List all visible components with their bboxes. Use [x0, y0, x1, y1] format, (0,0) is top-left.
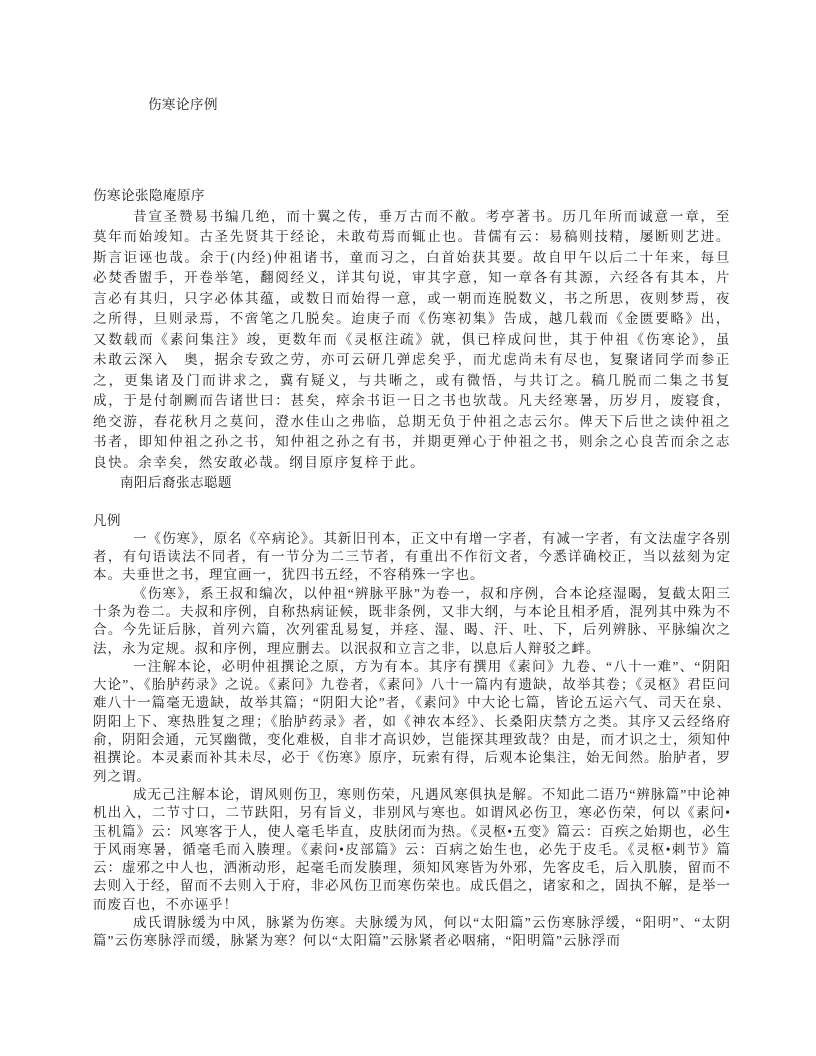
fanli-heading: 凡例: [93, 512, 731, 530]
preface-paragraph: 昔宣圣赞易书编几绝，而十翼之传，垂万古而不敝。考亭著书。历几年所而诚意一章，至莫…: [93, 207, 731, 474]
preface-section: 伤寒论张隐庵原序 昔宣圣赞易书编几绝，而十翼之传，垂万古而不敝。考亭著书。历几年…: [93, 186, 731, 494]
preface-heading: 伤寒论张隐庵原序: [93, 186, 731, 207]
document-page: 伤寒论序例 伤寒论张隐庵原序 昔宣圣赞易书编几绝，而十翼之传，垂万古而不敝。考亭…: [0, 0, 816, 1056]
fanli-item: 成氏谓脉缓为中风，脉紧为伤寒。夫脉缓为风，何以“太阳篇”云伤寒脉浮缓，“阳明”、…: [93, 914, 731, 951]
fanli-section: 凡例 一《伤寒》，原名《卒病论》。其新旧刊本，正文中有增一字者，有减一字者，有文…: [93, 512, 731, 951]
fanli-item: 成无己注解本论，谓风则伤卫，寒则伤荣，凡遇风寒俱执是解。不知此二语乃“辨脉篇”中…: [93, 786, 731, 914]
document-header-title: 伤寒论序例: [93, 97, 731, 113]
fanli-item: 一《伤寒》，原名《卒病论》。其新旧刊本，正文中有增一字者，有减一字者，有文法虚字…: [93, 530, 731, 585]
text-column: 伤寒论序例 伤寒论张隐庵原序 昔宣圣赞易书编几绝，而十翼之传，垂万古而不敝。考亭…: [93, 0, 731, 951]
fanli-item: 一注解本论，必明仲祖撰论之原，方为有本。其序有撰用《素问》九卷、“八十一难”、“…: [93, 658, 731, 786]
fanli-item: 《伤寒》，系王叔和编次，以仲祖“辨脉平脉”为卷一，叔和序例，合本论痉湿暍，复截太…: [93, 585, 731, 658]
preface-signature: 南阳后裔张志聪题: [93, 473, 731, 494]
